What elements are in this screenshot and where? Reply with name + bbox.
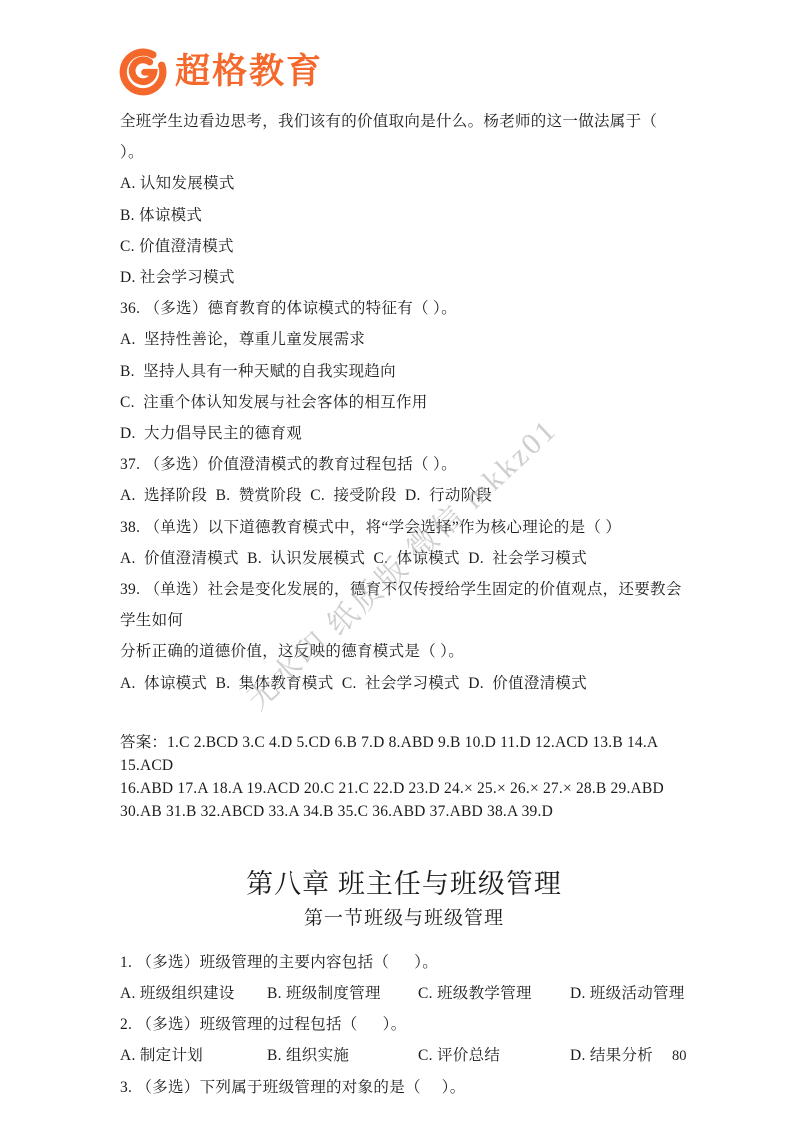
brand-name: 超格教育 [175,47,323,97]
document-page: 超格教育 无水印 纸质版 微信 mkkz01 全班学生边看边思考，我们该有的价值… [0,0,804,1137]
question-1-option-d: D. 班级活动管理 [570,978,688,1009]
question-1-option-b: B. 班级制度管理 [267,978,418,1009]
section-heading: 第一节班级与班级管理 [120,907,688,931]
question-3-stem: 3. （多选）下列属于班级管理的对象的是（ ）。 [120,1072,688,1103]
option-line-b: B. 体谅模式 [120,200,688,231]
question-stem-continuation: 全班学生边看边思考，我们该有的价值取向是什么。杨老师的这一做法属于（ ）。 [120,106,688,168]
answer-key-line-3: 30.AB 31.B 32.ABCD 33.A 34.B 35.C 36.ABD… [120,800,688,823]
question-36-stem: 36. （多选）德育教育的体谅模式的特征有（ ）。 [120,293,688,324]
chaoge-g-icon [118,47,168,97]
page-number: 80 [672,1048,687,1065]
answer-key-block: 答案：1.C 2.BCD 3.C 4.D 5.CD 6.B 7.D 8.ABD … [120,731,688,823]
question-38-stem: 38. （单选）以下道德教育模式中，将“学会选择”作为核心理论的是（ ） [120,512,688,543]
question-39-options: A. 体谅模式 B. 集体教育模式 C. 社会学习模式 D. 价值澄清模式 [120,668,688,699]
question-1-option-a: A. 班级组织建设 [120,978,267,1009]
question-1-options-row: A. 班级组织建设 B. 班级制度管理 C. 班级教学管理 D. 班级活动管理 [120,978,688,1009]
question-1-option-c: C. 班级教学管理 [418,978,570,1009]
option-line-d: D. 社会学习模式 [120,262,688,293]
answer-key-line-1: 答案：1.C 2.BCD 3.C 4.D 5.CD 6.B 7.D 8.ABD … [120,731,688,777]
document-body: 全班学生边看边思考，我们该有的价值取向是什么。杨老师的这一做法属于（ ）。 A.… [120,106,688,1103]
answer-key-line-2: 16.ABD 17.A 18.A 19.ACD 20.C 21.C 22.D 2… [120,777,688,800]
question-37-stem: 37. （多选）价值澄清模式的教育过程包括（ ）。 [120,449,688,480]
option-line-c: C. 价值澄清模式 [120,231,688,262]
question-39-stem-line1: 39. （单选）社会是变化发展的，德育不仅传授给学生固定的价值观点，还要教会学生… [120,574,688,636]
chapter-heading: 第八章 班主任与班级管理 [120,869,688,899]
question-36-option-c: C. 注重个体认知发展与社会客体的相互作用 [120,387,688,418]
question-36-option-b: B. 坚持人具有一种天赋的自我实现趋向 [120,356,688,387]
question-37-options: A. 选择阶段 B. 赞赏阶段 C. 接受阶段 D. 行动阶段 [120,480,688,511]
option-line-a: A. 认知发展模式 [120,168,688,199]
question-39-stem-line2: 分析正确的道德价值，这反映的德育模式是（ ）。 [120,636,688,667]
question-2-option-a: A. 制定计划 [120,1040,267,1071]
question-2-option-c: C. 评价总结 [418,1040,570,1071]
section-questions: 1. （多选）班级管理的主要内容包括（ ）。 A. 班级组织建设 B. 班级制度… [120,947,688,1103]
question-36-option-a: A. 坚持性善论，尊重儿童发展需求 [120,324,688,355]
question-2-option-b: B. 组织实施 [267,1040,418,1071]
question-38-options: A. 价值澄清模式 B. 认识发展模式 C. 体谅模式 D. 社会学习模式 [120,543,688,574]
question-2-stem: 2. （多选）班级管理的过程包括（ ）。 [120,1009,688,1040]
brand-logo: 超格教育 [118,47,323,97]
question-36-option-d: D. 大力倡导民主的德育观 [120,418,688,449]
question-1-stem: 1. （多选）班级管理的主要内容包括（ ）。 [120,947,688,978]
question-2-option-d: D. 结果分析 [570,1040,688,1071]
question-2-options-row: A. 制定计划 B. 组织实施 C. 评价总结 D. 结果分析 [120,1040,688,1071]
